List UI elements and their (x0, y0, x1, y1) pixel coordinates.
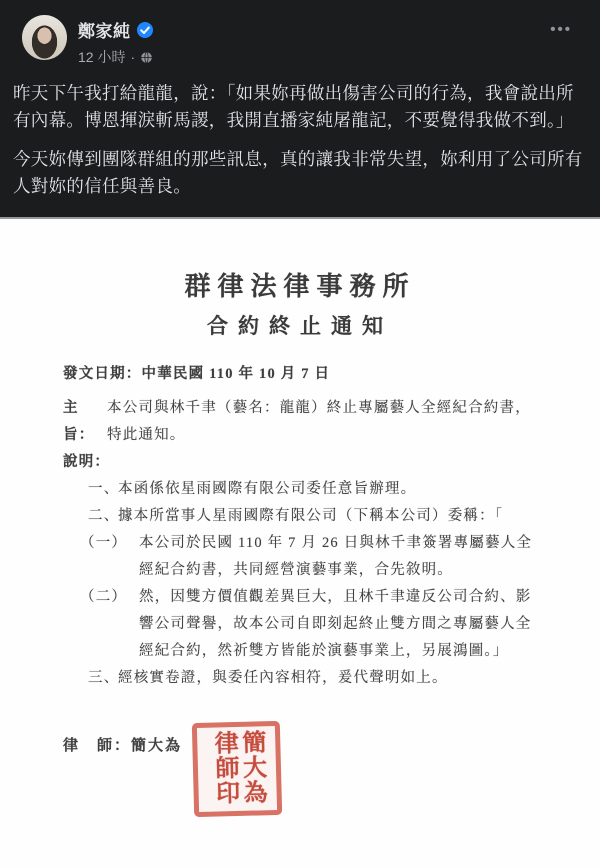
item-marker: （一） (80, 530, 139, 584)
subject-label: 主旨： (63, 395, 107, 449)
post-timestamp[interactable]: 12 小時 (78, 47, 125, 67)
timestamp-separator: · (130, 49, 135, 65)
document-date: 發文日期：中華民國 110 年 10 月 7 日 (63, 361, 600, 388)
law-firm-name: 群律法律事務所 (0, 219, 600, 303)
lawyer-name-line: 律 師：簡大為 (63, 734, 182, 755)
post-paragraph-1: 昨天下午我打給龍龍，說：「如果妳再做出傷害公司的行為，我會說出所有內幕。博恩揮淚… (13, 80, 586, 134)
post-paragraph-2: 今天妳傳到團隊群組的那些訊息，真的讓我非常失望，妳利用了公司所有人對妳的信任與善… (13, 146, 586, 200)
document-item-2: 二、 據本所當事人星雨國際有限公司（下稱本公司）委稱：「 (88, 503, 600, 530)
lawyer-seal-stamp: 簡大為律師印 (192, 721, 282, 817)
document-item-2-2: （二） 然，因雙方價值觀差異巨大，且林千聿違反公司合約、影響公司聲譽，故本公司自… (80, 584, 600, 665)
post-header: 鄭家純 12 小時 · ••• (0, 0, 600, 67)
explanation-label: 說明： (63, 449, 600, 476)
item-text: 據本所當事人星雨國際有限公司（下稱本公司）委稱：「 (118, 503, 518, 530)
signature-block: 律 師：簡大為 簡大為律師印 (0, 722, 600, 852)
item-text: 本公司於民國 110 年 7 月 26 日與林千聿簽署專屬藝人全經紀合約書，共同… (139, 530, 540, 584)
avatar[interactable] (22, 15, 67, 60)
author-name[interactable]: 鄭家純 (78, 17, 131, 42)
document-item-3: 三、 經核實卷證，與委任內容相符，爰代聲明如上。 (88, 665, 600, 692)
item-text: 然，因雙方價值觀差異巨大，且林千聿違反公司合約、影響公司聲譽，故本公司自即刻起終… (139, 584, 540, 665)
document-item-1: 一、 本函係依星雨國際有限公司委任意旨辦理。 (88, 476, 600, 503)
post-attachment-image[interactable]: 群律法律事務所 合約終止通知 發文日期：中華民國 110 年 10 月 7 日 … (0, 217, 600, 868)
more-options-icon[interactable]: ••• (550, 22, 572, 37)
post-text: 昨天下午我打給龍龍，說：「如果妳再做出傷害公司的行為，我會說出所有內幕。博恩揮淚… (13, 80, 586, 200)
legal-document: 群律法律事務所 合約終止通知 發文日期：中華民國 110 年 10 月 7 日 … (0, 219, 600, 868)
item-marker: 二、 (88, 503, 118, 530)
item-text: 本函係依星雨國際有限公司委任意旨辦理。 (118, 476, 518, 503)
header-meta: 鄭家純 12 小時 · (78, 15, 153, 67)
document-subject: 主旨： 本公司與林千聿（藝名：龍龍）終止專屬藝人全經紀合約書，特此通知。 (63, 395, 600, 449)
seal-text: 簡大為律師印 (208, 729, 265, 808)
item-marker: 三、 (88, 665, 118, 692)
document-item-2-1: （一） 本公司於民國 110 年 7 月 26 日與林千聿簽署專屬藝人全經紀合約… (80, 530, 600, 584)
document-title: 合約終止通知 (0, 310, 600, 340)
item-text: 經核實卷證，與委任內容相符，爰代聲明如上。 (118, 665, 518, 692)
globe-icon (140, 51, 153, 64)
item-marker: （二） (80, 584, 139, 665)
verified-badge-icon (137, 22, 153, 38)
item-marker: 一、 (88, 476, 118, 503)
subject-text: 本公司與林千聿（藝名：龍龍）終止專屬藝人全經紀合約書，特此通知。 (107, 395, 531, 449)
